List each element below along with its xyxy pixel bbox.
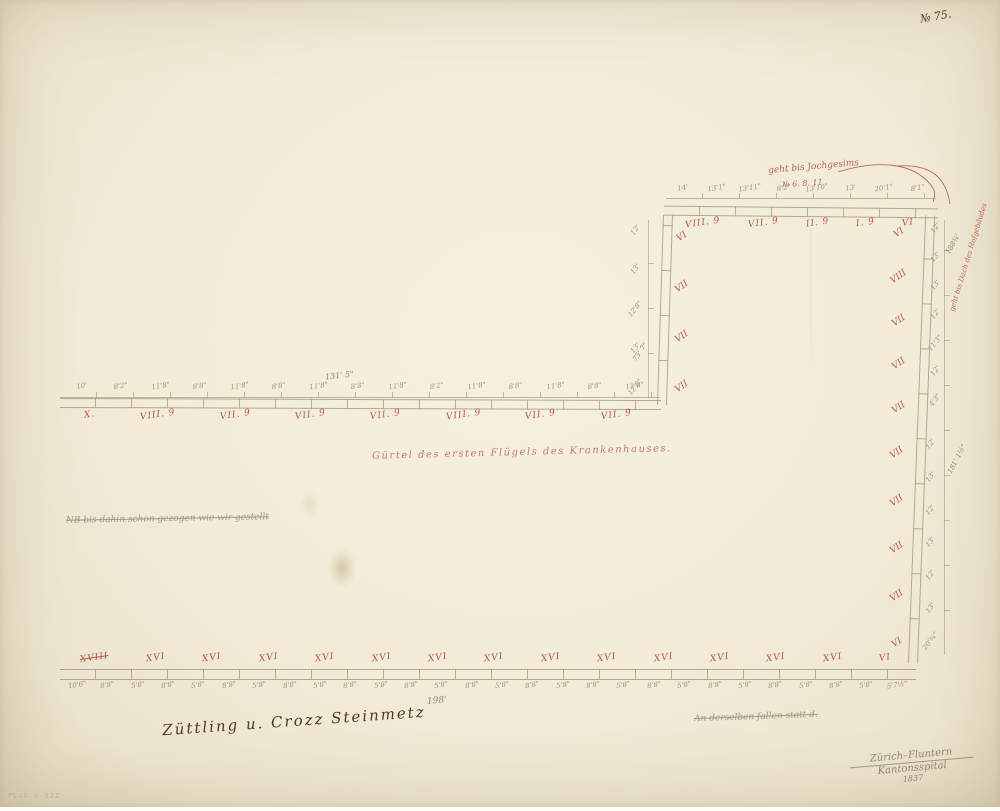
bottom-measure-row: 10'6"8'8"5'8"8'8"5'8"8'8"5'8"8'8"5'8"8'8… — [62, 681, 912, 689]
measure-label: 12'8" — [626, 299, 644, 319]
numeral-label: XVI — [766, 652, 787, 665]
courtyard-left-numeral-col: VIVIIVIIVII — [674, 232, 690, 392]
numeral-label: XVI — [371, 652, 392, 665]
numeral-label: VII — [889, 445, 906, 461]
numeral-label: VI — [879, 652, 892, 664]
numeral-label: XVI — [315, 652, 336, 665]
numeral-label: XVI — [258, 652, 279, 665]
numeral-label: XVIII — [80, 651, 110, 665]
numeral-label: XVI — [822, 652, 843, 665]
measure-label: 12' — [924, 437, 937, 450]
courtyard-left-measure-col: 12'13'12'8"13'12'8" — [626, 226, 644, 391]
numeral-label: VII. 9 — [525, 408, 557, 422]
numeral-label: XVI — [653, 652, 674, 665]
middle-measure-line — [60, 392, 660, 398]
measure-label: 12' — [924, 503, 937, 516]
right-lower-measure-col: 12'13'12'13'12'13'20'¾" — [922, 440, 938, 645]
numeral-label: XVI — [709, 652, 730, 665]
right-lower-numeral-col: VIIVIIVIIVIIVI — [889, 448, 905, 648]
measure-label: 12' — [924, 569, 937, 582]
numeral-label: X. — [83, 409, 96, 420]
numeral-label: VII. 9 — [219, 408, 251, 422]
numeral-label: VII — [891, 312, 908, 328]
numeral-label: VI — [892, 226, 906, 240]
bottom-numeral-row: XVIIIXVIXVIXVIXVIXVIXVIXVIXVIXVIXVIXVIXV… — [62, 653, 910, 663]
numeral-label: VII — [889, 587, 906, 603]
right-upper-measure-col: 12'13'13'12'11'3"12'4'3" — [927, 224, 943, 404]
numeral-label: VII — [674, 329, 691, 345]
measure-label: 13' — [929, 250, 942, 263]
paper-crease — [810, 228, 812, 398]
numeral-label: II. 9 — [805, 216, 830, 229]
courtyard-top-measure-row: 14'13'1"13'11"8'2"13'10"13'20'1"8'1" — [666, 184, 934, 192]
numeral-label: VII — [674, 279, 691, 295]
measure-label: 12' — [929, 365, 942, 378]
measure-label: 13' — [924, 601, 937, 614]
right-wall-measure-line — [944, 220, 950, 655]
numeral-label: VII. 9 — [600, 408, 632, 422]
courtyard-left-measure-line — [648, 220, 654, 398]
measure-label: 12' — [929, 221, 942, 234]
measure-label: 13' — [924, 536, 937, 549]
numeral-label: XVI — [145, 652, 166, 665]
numeral-label: VI — [675, 230, 689, 244]
measure-label: 11'3" — [926, 333, 944, 353]
numeral-label: VIII — [889, 268, 909, 286]
numeral-label: VII. 9 — [747, 216, 779, 230]
measure-label: 12' — [929, 307, 942, 320]
middle-measure-row: 10'8'2"11'8"8'8"11'8"8'8"11'8"8'8"11'8"8… — [62, 382, 654, 390]
middle-numeral-row: X.VIII. 9VII. 9VII. 9VII. 9VIII. 9VII. 9… — [62, 410, 654, 420]
scanned-plan-sheet: № 75. geht bis Jochgesims № 6. 8. 11 14'… — [0, 0, 1000, 811]
numeral-label: VII. 9 — [370, 408, 402, 422]
middle-wall — [60, 398, 661, 410]
numeral-label: XVI — [597, 652, 618, 665]
right-upper-numeral-col: VIVIIIVIIVIIVII — [891, 228, 907, 413]
numeral-label: VII — [891, 356, 908, 372]
numeral-label: VII — [889, 492, 906, 508]
numeral-label: I. 9 — [856, 217, 876, 230]
bottom-total: 198' — [427, 695, 447, 707]
numeral-label: XVI — [540, 652, 561, 665]
numeral-label: VII. 9 — [294, 408, 326, 422]
measure-label: 13' — [629, 263, 642, 276]
numeral-label: XVI — [202, 652, 223, 665]
measure-label: 13' — [924, 470, 937, 483]
numeral-label: VI — [890, 636, 904, 650]
corner-stamp: PLAN K 822 — [8, 792, 60, 800]
numeral-label: VII — [889, 540, 906, 556]
numeral-label: XVI — [484, 652, 505, 665]
measure-label: 12' — [629, 223, 642, 236]
courtyard-top-measure-line — [666, 193, 936, 199]
measure-label: 13' — [929, 279, 942, 292]
numeral-label: XVI — [427, 652, 448, 665]
courtyard-top-numeral-row: VIII. 9VII. 9II. 9I. 9VI — [672, 218, 928, 228]
